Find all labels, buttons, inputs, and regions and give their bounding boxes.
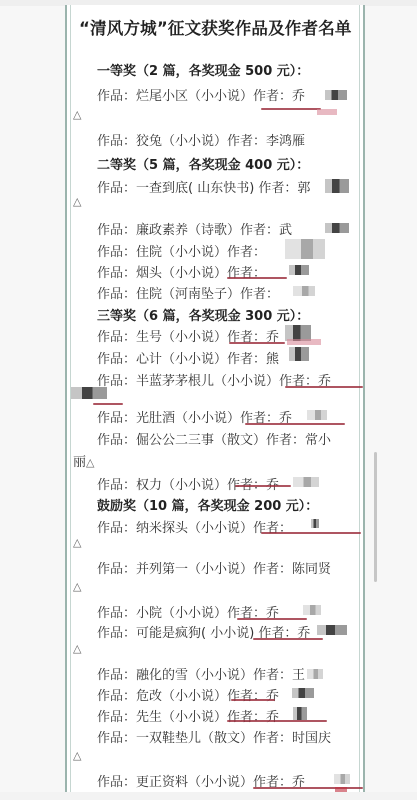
document-page: “清风方城”征文获奖作品及作者名单 一等奖（2 篇，各奖现金 500 元）： 作… <box>65 5 365 800</box>
redaction <box>325 179 349 193</box>
red-underline <box>253 638 323 640</box>
red-underline <box>237 618 307 620</box>
wrapped-text: 丽△ <box>73 451 94 470</box>
redaction <box>325 223 349 233</box>
redaction <box>303 605 321 615</box>
award-heading-third: 三等奖（6 篇，各奖现金 300 元）： <box>97 305 309 324</box>
redaction <box>292 688 314 698</box>
entry-line: 作品：权力（小小说）作者：乔 <box>97 474 279 493</box>
entry-line: 作品：先生（小小说）作者：乔 <box>97 706 279 725</box>
scrollbar-thumb[interactable] <box>374 452 377 582</box>
paragraph-mark-icon: △ <box>73 580 81 593</box>
red-underline <box>235 485 291 487</box>
redaction <box>311 519 319 528</box>
entry-line: 作品：危改（小小说）作者：乔 <box>97 685 279 704</box>
entry-line: 作品：住院（河南坠子）作者： <box>97 283 279 302</box>
entry-line: 作品：狡兔（小小说）作者：李鸿雁 <box>97 130 305 149</box>
redaction <box>285 239 325 259</box>
entry-line: 作品：烂尾小区（小小说）作者：乔 <box>97 85 305 104</box>
wrap-char: 丽 <box>73 455 86 470</box>
paragraph-mark-icon: △ <box>73 642 81 655</box>
entry-line: 作品：倔公公二三事（散文）作者：常小 <box>97 429 331 448</box>
redaction <box>307 669 323 679</box>
entry-line: 作品：一查到底( 山东快书) 作者：郭 <box>97 177 310 196</box>
red-underline <box>231 699 275 701</box>
paragraph-mark-icon: △ <box>86 456 94 469</box>
entry-line: 作品：融化的雪（小小说）作者：王 <box>97 664 305 683</box>
redaction <box>293 707 307 720</box>
red-underline <box>245 423 345 425</box>
paragraph-mark-icon: △ <box>73 536 81 549</box>
award-heading-second: 二等奖（5 篇，各奖现金 400 元）： <box>97 154 309 173</box>
red-underline <box>93 403 123 405</box>
award-heading-encouragement: 鼓励奖（10 篇，各奖现金 200 元）： <box>97 495 318 514</box>
red-underline <box>285 386 363 388</box>
entry-line: 作品：一双鞋垫儿（散文）作者：时国庆 <box>97 727 331 746</box>
redaction <box>307 410 327 420</box>
entry-line: 作品：住院（小小说）作者： <box>97 241 266 260</box>
entry-line: 作品：廉政素养（诗歌）作者：武 <box>97 219 292 238</box>
redaction <box>293 286 315 296</box>
redaction <box>325 90 347 100</box>
bottom-bar <box>0 792 417 800</box>
red-underline <box>227 720 327 722</box>
redaction <box>71 387 107 399</box>
paragraph-mark-icon: △ <box>73 195 81 208</box>
red-underline <box>261 532 361 534</box>
entry-line: 作品：心计（小小说）作者：熊 <box>97 348 279 367</box>
redaction <box>289 347 309 361</box>
red-underline <box>227 277 287 279</box>
red-underline <box>261 108 321 110</box>
award-heading-first: 一等奖（2 篇，各奖现金 500 元）： <box>97 60 309 79</box>
paragraph-mark-icon: △ <box>73 108 81 121</box>
redaction <box>289 265 309 275</box>
redaction <box>317 625 347 635</box>
entry-line: 作品：并列第一（小小说）作者：陈同贤 <box>97 558 331 577</box>
document-title: “清风方城”征文获奖作品及作者名单 <box>79 15 359 39</box>
redaction <box>334 774 350 784</box>
paragraph-mark-icon: △ <box>73 749 81 762</box>
red-mark <box>287 339 321 345</box>
redaction <box>293 477 319 487</box>
red-mark <box>317 109 337 115</box>
red-underline <box>229 342 285 344</box>
